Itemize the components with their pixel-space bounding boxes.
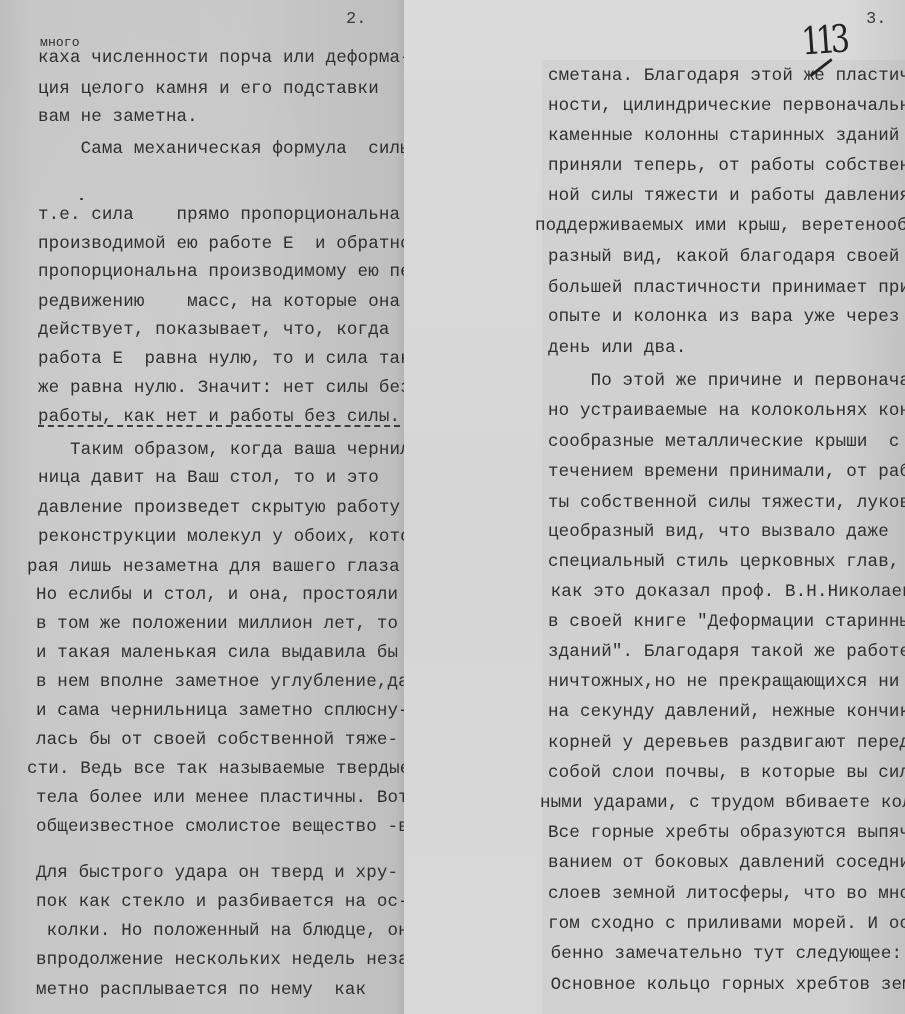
text-line: метно расплывается по нему как [36, 980, 366, 1000]
text-line: ной силы тяжести и работы давления [548, 186, 905, 206]
text-line: ными ударами, с трудом вбиваете кол [540, 793, 905, 813]
text-line: в том же положении миллион лет, то [36, 614, 398, 634]
text-line: приняли теперь, от работы собствен- [548, 156, 905, 176]
text-line: и сама чернильница заметно сплюсну- [36, 701, 404, 721]
page-number: 2. [346, 10, 366, 29]
text-line: день или два. [548, 338, 686, 358]
text-line: По этой же причине и первоначал [548, 371, 905, 391]
text-line: поддерживаемых ими крыш, веретенооб- [535, 216, 905, 236]
text-line: же равна нулю. Значит: нет силы без [38, 378, 404, 398]
text-line: тела более или менее пластичны. Вот [36, 788, 404, 808]
text-line: Но еслибы и стол, и она, простояли [36, 585, 398, 605]
text-line: давление произведет скрытую работу [38, 498, 400, 518]
text-line-underlined: работы, как нет и работы без силы. [38, 407, 400, 427]
text-line: общеизвестное смолистое вещество -вар [36, 817, 404, 837]
text-line: течением времени принимали, от рабо [548, 462, 905, 482]
text-line: рая лишь незаметна для вашего глаза [27, 557, 400, 577]
text-line: собой слои почвы, в которые вы силь [548, 763, 905, 783]
text-line: на секунду давлений, нежные кончики [548, 702, 905, 722]
text-line: лась бы от своей собственной тяже- [36, 730, 398, 750]
text-line: большей пластичности принимает при [548, 278, 905, 298]
text-line: но устраиваемые на колокольнях кону [548, 401, 905, 421]
text-line: каменные колонны старинных зданий [548, 126, 900, 146]
text-line: ница давит на Ваш стол, то и это [38, 468, 379, 488]
text-line: Все горные хребты образуются выпячи [548, 823, 905, 843]
text-line: цеобразный вид, что вызвало даже [548, 522, 889, 542]
left-page: 2. много каха численности порча или дефо… [0, 0, 404, 1014]
text-line: ванием от боковых давлений соседних [548, 853, 905, 873]
text-line: ности, цилиндрические первоначально [548, 96, 905, 116]
text-line: слоев земной литосферы, что во мно- [548, 884, 905, 904]
text-line: бенно замечательно тут следующее: [540, 944, 902, 964]
text-line: ты собственной силы тяжести, лукови [548, 493, 905, 513]
text-line: впродолжение нескольких недель неза [36, 950, 404, 970]
text-line: и такая маленькая сила выдавила бы [36, 643, 398, 663]
text-line: пок как стекло и разбивается на ос- [36, 892, 404, 912]
text-line: редвижению масс, на которые она [38, 292, 400, 312]
text-line: колки. Но положенный на блюдце, он [36, 921, 404, 941]
text-line: производимой ею работе Е и обратно [38, 234, 404, 254]
text-line: ция целого камня и его подставки [38, 79, 379, 99]
text-line: Основное кольцо горных хребтов зем [540, 975, 905, 995]
handwritten-archive-number: 113 [800, 17, 847, 64]
text-line: Сама механическая формула силы [38, 139, 404, 159]
page-number: 3. [866, 10, 886, 29]
text-line: реконструкции молекул у обоих, кото [38, 527, 404, 547]
text-line: сообразные металлические крыши с [548, 432, 900, 452]
text-line: Для быстрого удара он тверд и хру- [36, 863, 398, 883]
text-line: опыте и колонка из вара уже через [548, 307, 900, 327]
text-line: пропорциональна производимому ею пе [38, 262, 404, 282]
text-line: в своей книге "Деформации старинных [548, 612, 905, 632]
text-line: действует, показывает, что, когда [38, 320, 390, 340]
text-line: гом сходно с приливами морей. И осо [548, 914, 905, 934]
text-line: специальный стиль церковных глав, [548, 552, 900, 572]
text-line: Таким образом, когда ваша чернил [38, 440, 404, 460]
text-line: вам не заметна. [38, 107, 198, 127]
text-line: т.е. сила прямо пропорциональна [38, 205, 400, 225]
text-line: зданий". Благодаря такой же работе [548, 642, 905, 662]
text-line: ничтожных,но не прекращающихся ни н [548, 672, 905, 692]
text-line: каха численности порча или деформа- [38, 48, 404, 68]
text-line: сти. Ведь все так называемые твердые [27, 759, 404, 779]
text-line: разный вид, какой благодаря своей [548, 247, 900, 267]
text-line: сметана. Благодаря этой же пластич- [548, 66, 905, 86]
text-line: в нем вполне заметное углубление,да [36, 672, 404, 692]
text-line: как это доказал проф. В.Н.Николаев [540, 582, 905, 602]
text-line: работа Е равна нулю, то и сила так [38, 349, 404, 369]
text-line: корней у деревьев раздвигают перед [548, 733, 905, 753]
